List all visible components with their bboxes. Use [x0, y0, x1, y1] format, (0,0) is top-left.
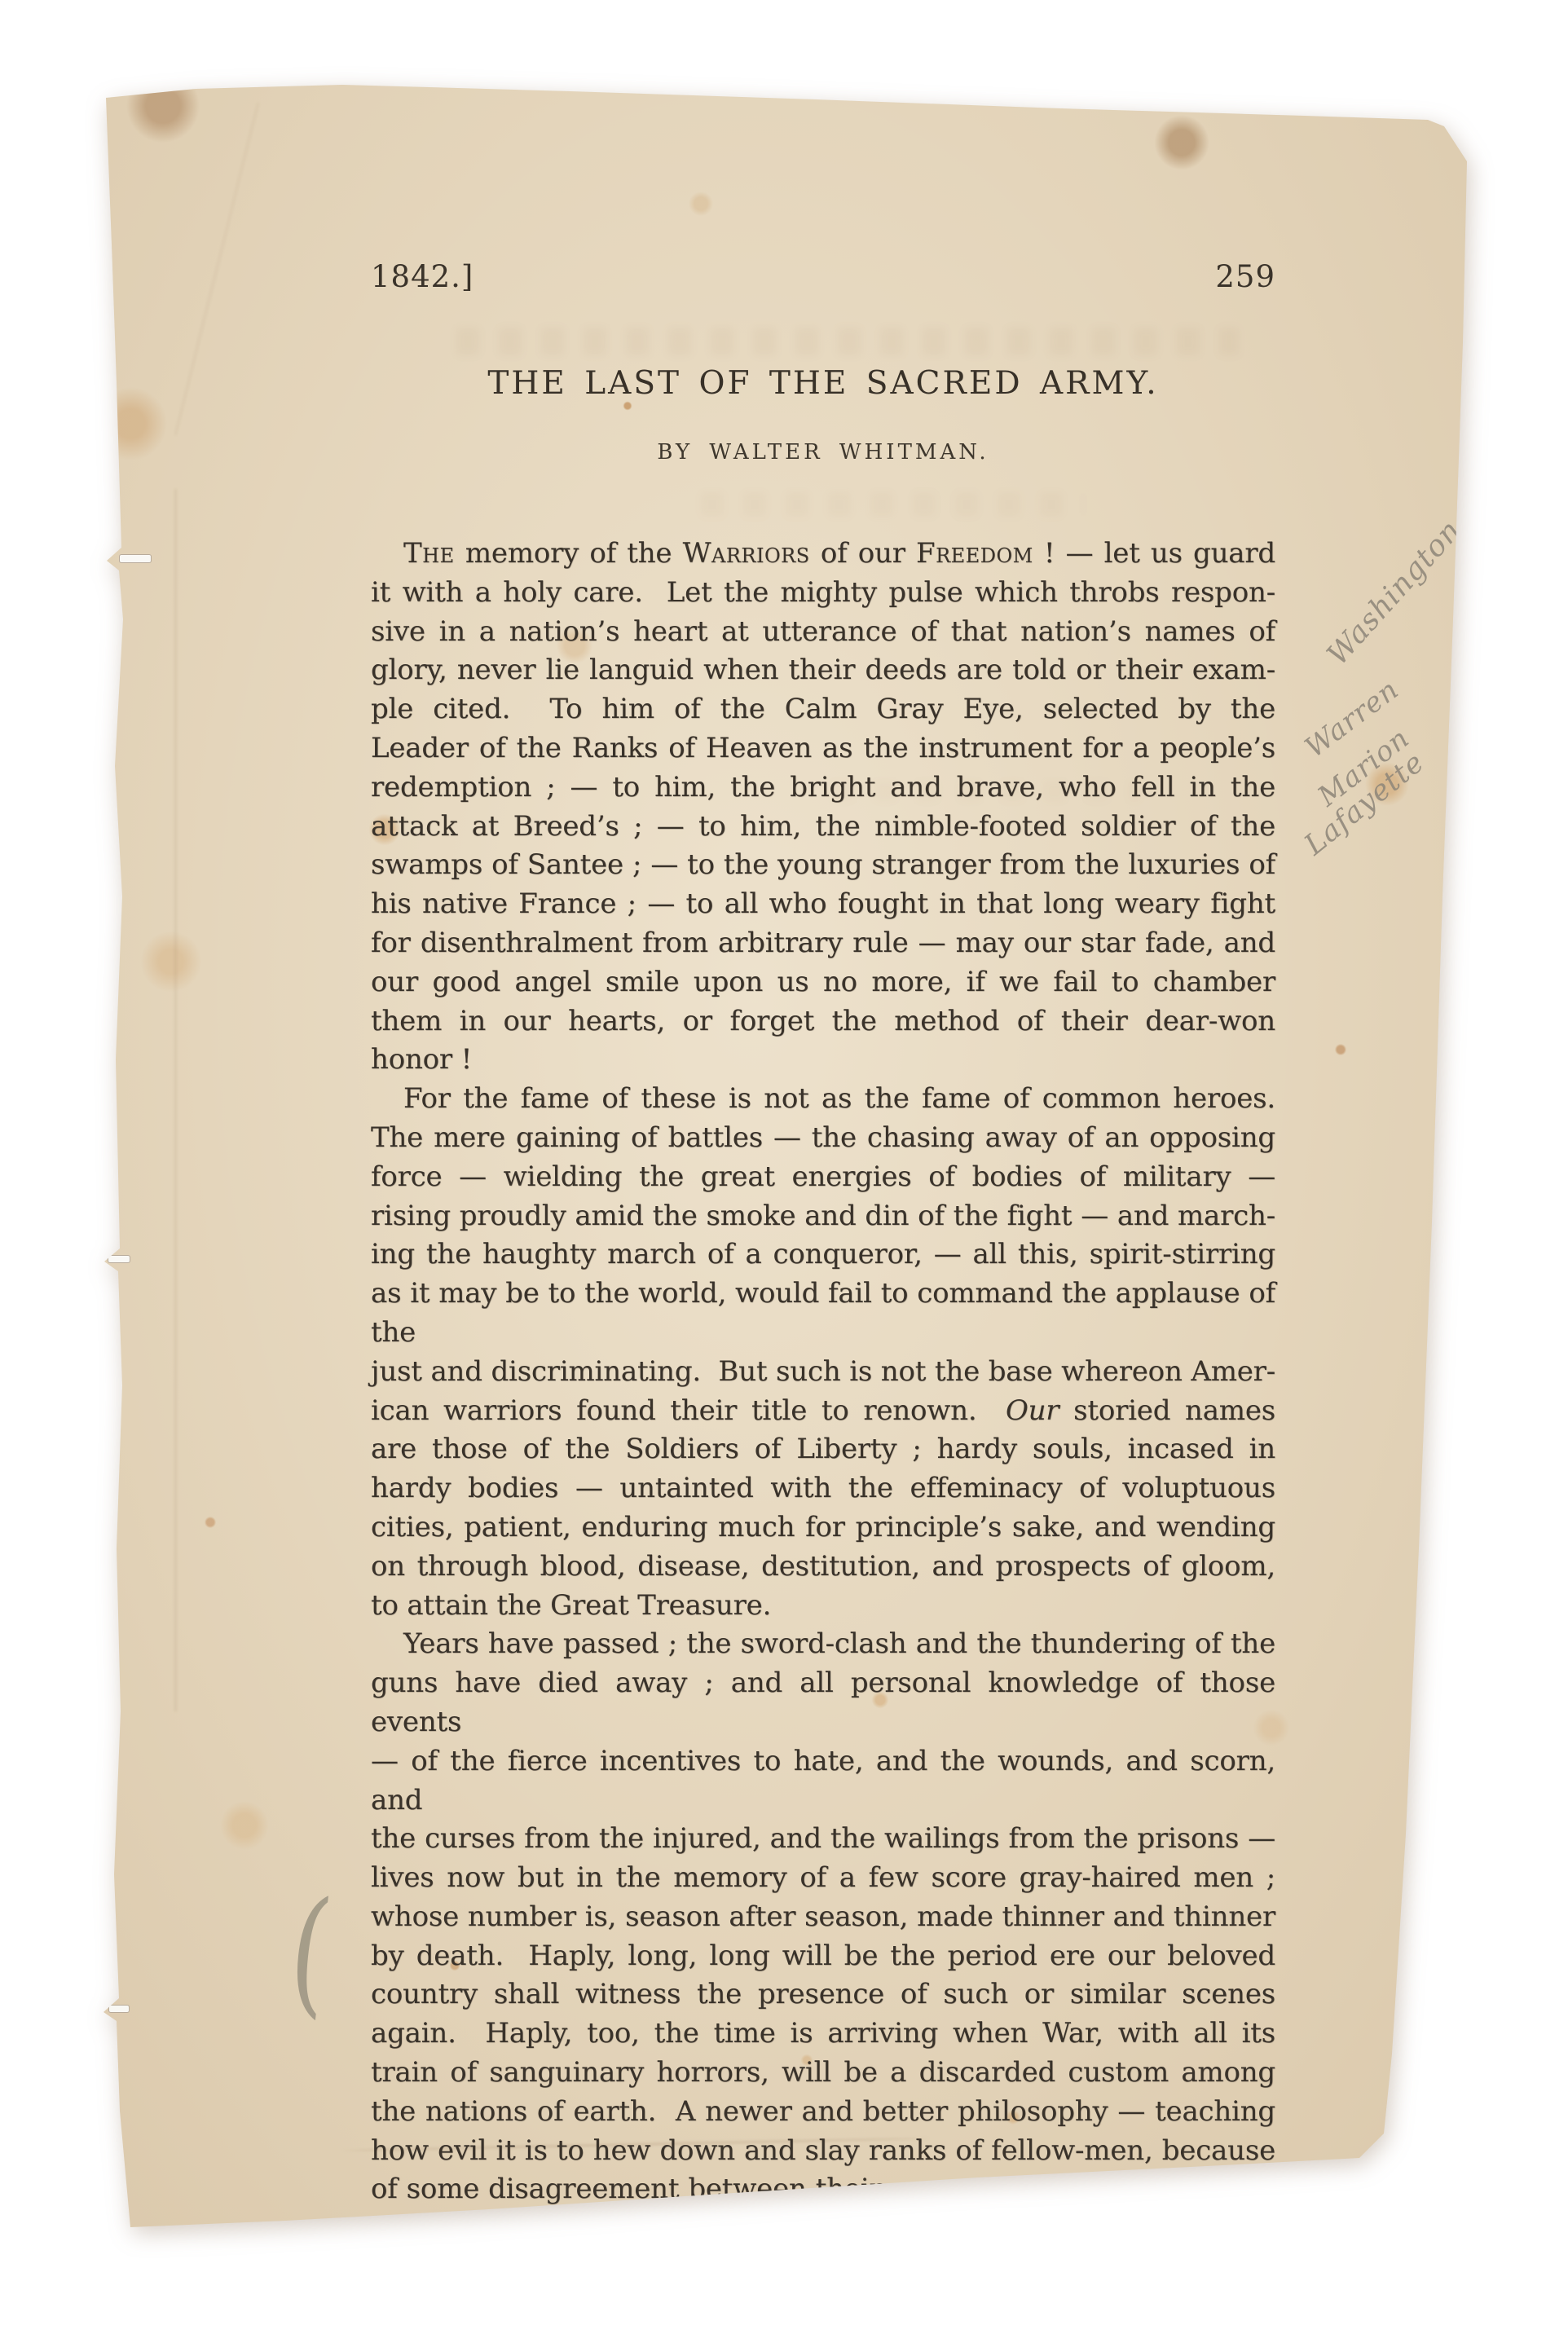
- body-line: train of sanguinary horrors, will be a d…: [371, 2054, 1275, 2093]
- body-line: rising proudly amid the smoke and din of…: [371, 1197, 1275, 1236]
- scan-background: 1842.] 259 THE LAST OF THE SACRED ARMY. …: [0, 0, 1568, 2347]
- body-line: force — wielding the great energies of b…: [371, 1158, 1275, 1197]
- year-label: 1842.]: [371, 259, 473, 294]
- pencil-annotation-washington: Washington: [1321, 513, 1468, 672]
- body-line: The mere gaining of battles — the chasin…: [371, 1119, 1275, 1158]
- body-line: as it may be to the world, would fail to…: [371, 1275, 1275, 1353]
- body-line: the curses from the injured, and the wai…: [371, 1820, 1275, 1859]
- article-body: The memory of the Warriors of our Freedo…: [371, 535, 1275, 2209]
- body-line: hardy bodies — untainted with the effemi…: [371, 1469, 1275, 1508]
- body-line: glory, never lie languid when their deed…: [371, 651, 1275, 690]
- smallcaps-text: Warriors: [683, 537, 810, 570]
- crease-line: [174, 489, 177, 1711]
- body-line: just and discriminating. But such is not…: [371, 1353, 1275, 1392]
- body-line: ple cited. To him of the Calm Gray Eye, …: [371, 690, 1275, 729]
- body-line: cities, patient, enduring much for princ…: [371, 1508, 1275, 1548]
- body-line: Leader of the Ranks of Heaven as the ins…: [371, 729, 1275, 768]
- body-line: of some disagreement between their respe…: [371, 2170, 1275, 2209]
- body-line: are those of the Soldiers of Liberty ; h…: [371, 1430, 1275, 1469]
- body-line: his native France ; — to all who fought …: [371, 885, 1275, 924]
- body-line: country shall witness the presence of su…: [371, 1975, 1275, 2015]
- body-line: sive in a nation’s heart at utterance of…: [371, 613, 1275, 652]
- crease-line: [174, 103, 259, 435]
- article-title: THE LAST OF THE SACRED ARMY.: [371, 365, 1275, 402]
- body-line: — of the fierce incentives to hate, and …: [371, 1742, 1275, 1821]
- italic-text: Our: [1006, 1394, 1059, 1427]
- body-line: honor !: [371, 1041, 1275, 1080]
- page-number: 259: [1215, 259, 1275, 294]
- stitch-hole: [108, 2005, 130, 2013]
- body-line: for disenthralment from arbitrary rule —…: [371, 924, 1275, 963]
- body-line: whose number is, season after season, ma…: [371, 1898, 1275, 1937]
- body-line: again. Haply, too, the time is arriving …: [371, 2015, 1275, 2054]
- body-line: them in our hearts, or forget the method…: [371, 1002, 1275, 1041]
- body-line: to attain the Great Treasure.: [371, 1587, 1275, 1626]
- showthrough-smudge: [701, 492, 1084, 517]
- page-header: 1842.] 259: [371, 259, 1275, 294]
- body-line: attack at Breed’s ; — to him, the nimble…: [371, 808, 1275, 847]
- smallcaps-text: Freedom: [916, 537, 1033, 570]
- stitch-hole: [119, 554, 152, 563]
- smallcaps-text: The: [403, 537, 455, 570]
- body-line: The memory of the Warriors of our Freedo…: [371, 535, 1275, 574]
- body-line: our good angel smile upon us no more, if…: [371, 963, 1275, 1002]
- body-line: swamps of Santee ; — to the young strang…: [371, 846, 1275, 885]
- paper-sheet: 1842.] 259 THE LAST OF THE SACRED ARMY. …: [0, 0, 1568, 2347]
- body-line: ican warriors found their title to renow…: [371, 1392, 1275, 1431]
- showthrough-smudge: [456, 328, 1239, 355]
- body-line: For the fame of these is not as the fame…: [371, 1080, 1275, 1119]
- body-line: redemption ; — to him, the bright and br…: [371, 768, 1275, 808]
- body-line: on through blood, disease, destitution, …: [371, 1548, 1275, 1587]
- body-paragraph: The memory of the Warriors of our Freedo…: [371, 535, 1275, 1080]
- pencil-parenthesis-mark: (: [283, 1869, 337, 2032]
- body-paragraph: Years have passed ; the sword-clash and …: [371, 1625, 1275, 2209]
- body-line: ing the haughty march of a conqueror, — …: [371, 1235, 1275, 1275]
- body-line: how evil it is to hew down and slay rank…: [371, 2132, 1275, 2171]
- body-line: by death. Haply, long, long will be the …: [371, 1937, 1275, 1976]
- body-paragraph: For the fame of these is not as the fame…: [371, 1080, 1275, 1625]
- body-line: the nations of earth. A newer and better…: [371, 2093, 1275, 2132]
- article-byline: BY WALTER WHITMAN.: [371, 440, 1275, 465]
- body-line: guns have died away ; and all personal k…: [371, 1664, 1275, 1742]
- paper-shadow: 1842.] 259 THE LAST OF THE SACRED ARMY. …: [0, 0, 1568, 2347]
- stitch-hole: [108, 1255, 130, 1263]
- body-line: it with a holy care. Let the mighty puls…: [371, 574, 1275, 613]
- body-line: lives now but in the memory of a few sco…: [371, 1859, 1275, 1898]
- body-line: Years have passed ; the sword-clash and …: [371, 1625, 1275, 1664]
